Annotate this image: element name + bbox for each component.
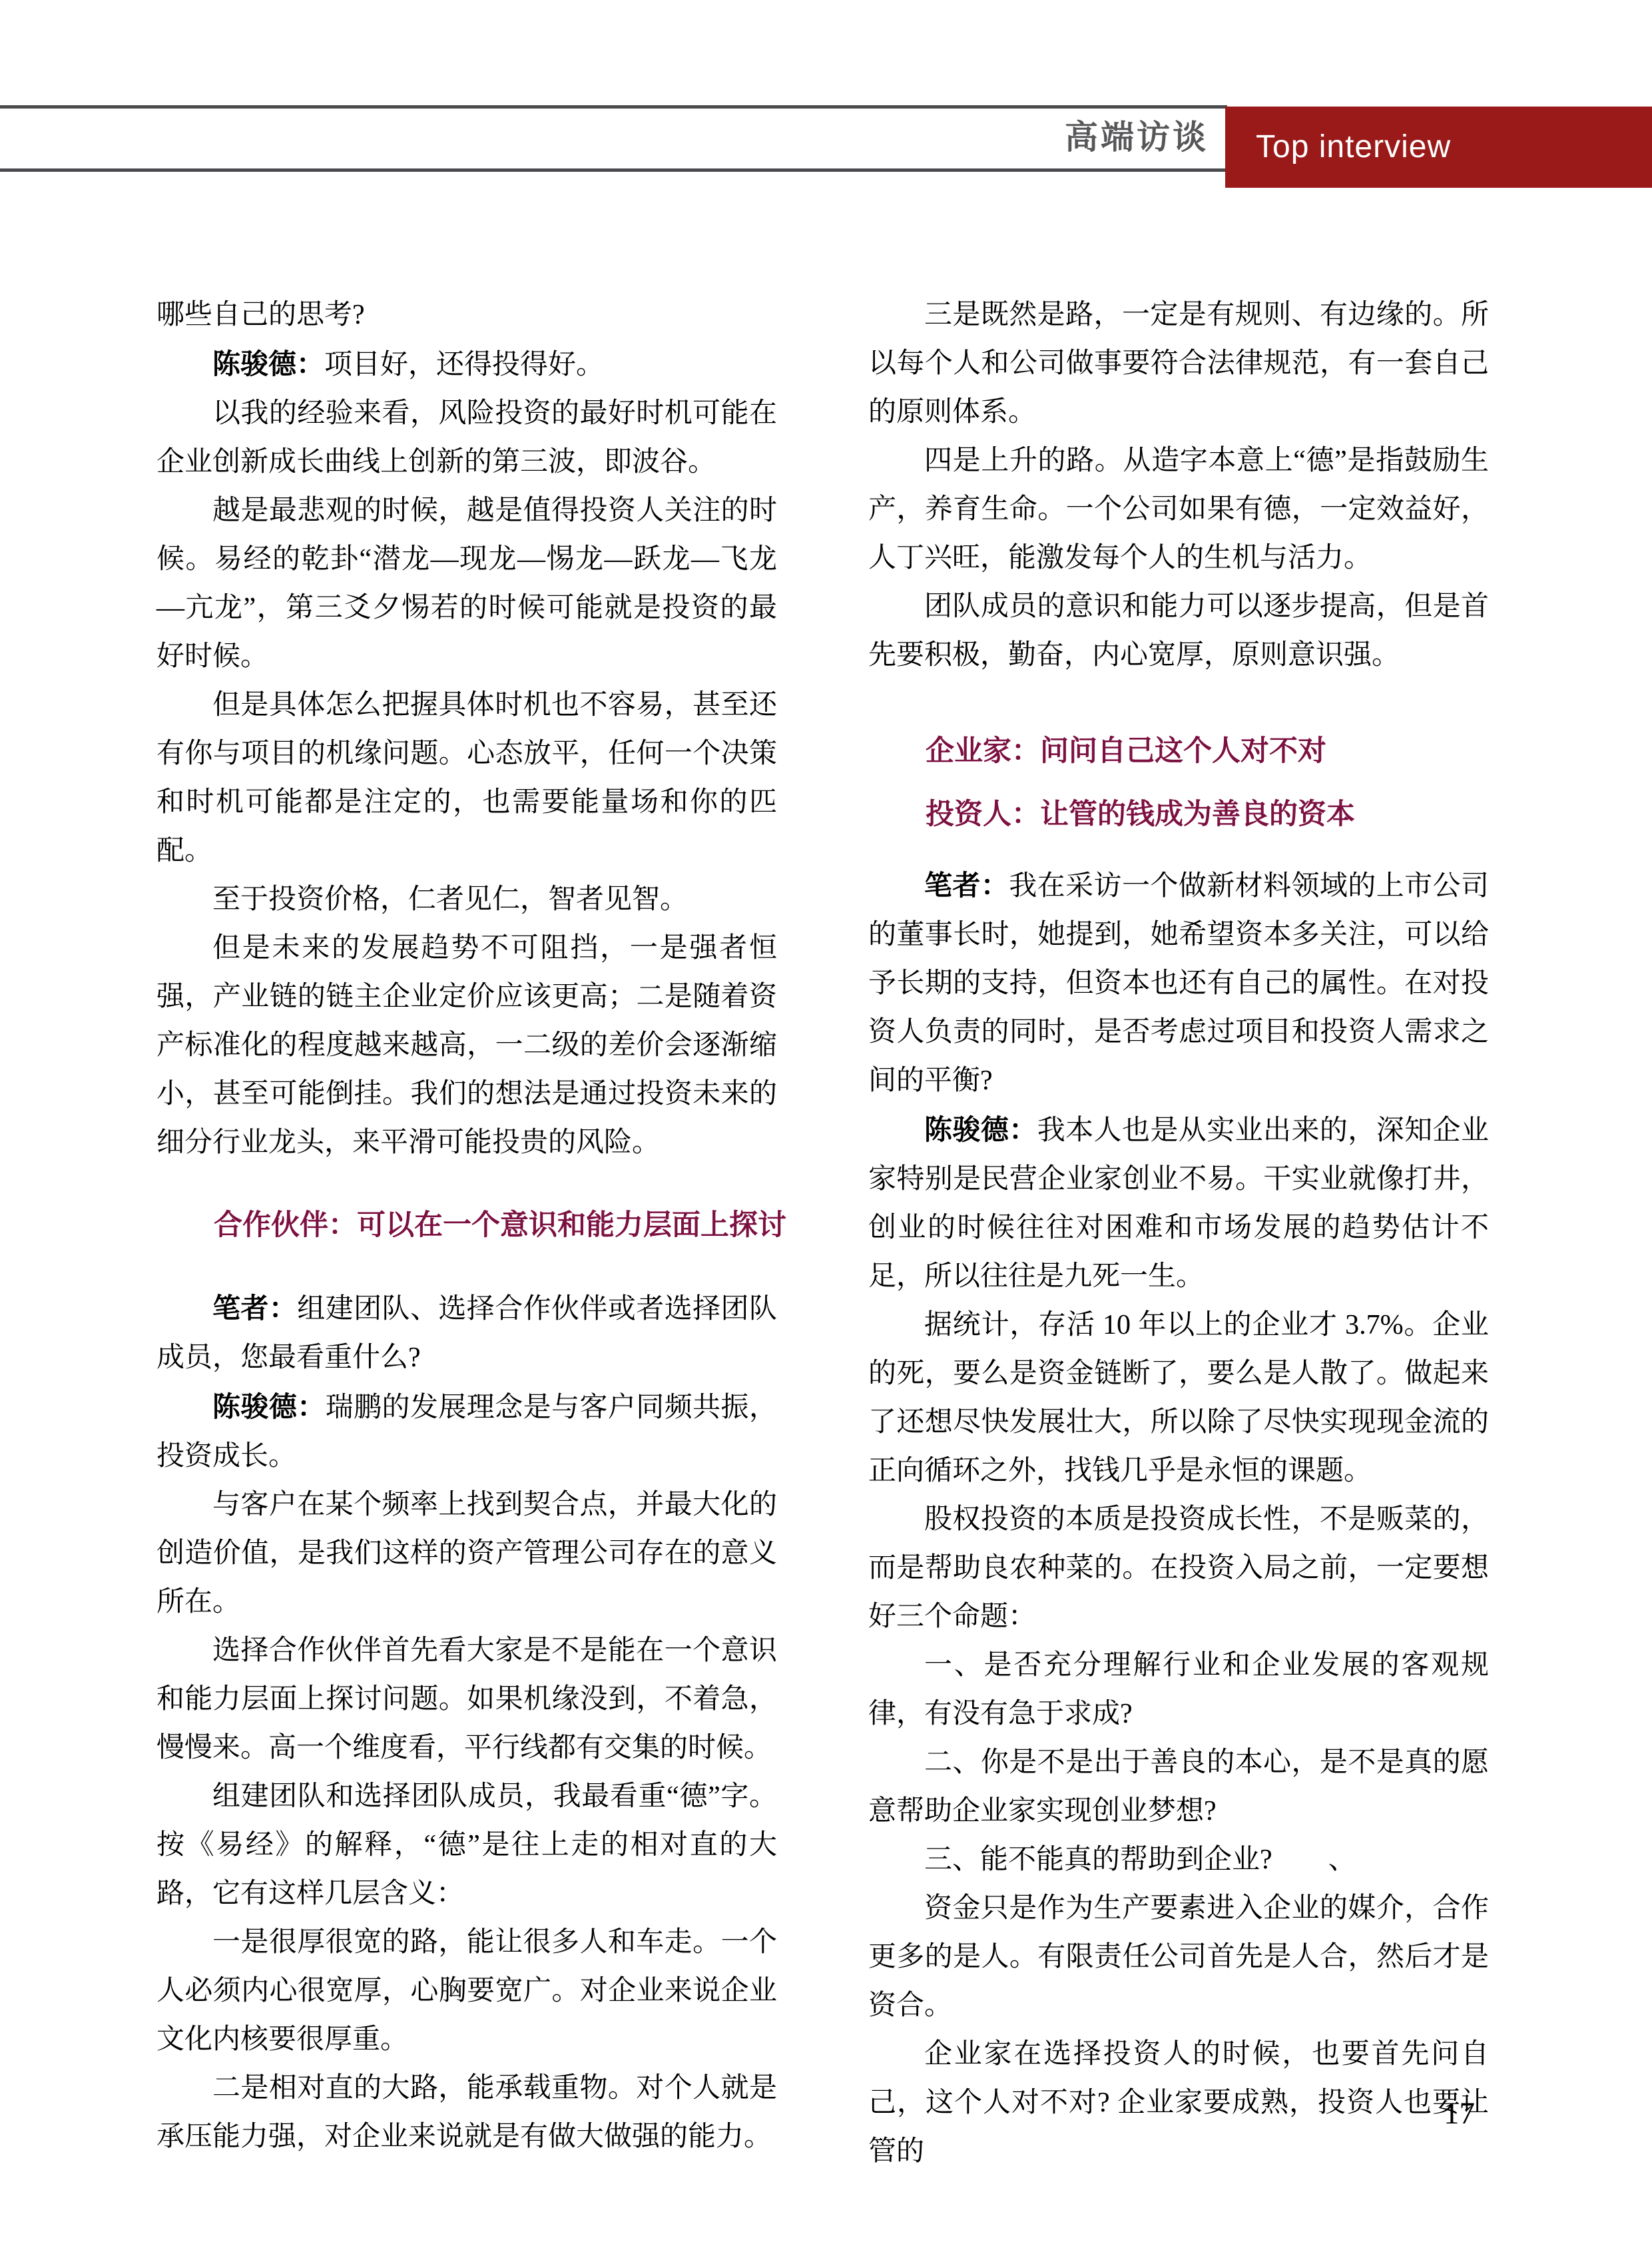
paragraph: 但是未来的发展趋势不可阻挡，一是强者恒强，产业链的链主企业定价应该更高；二是随着…	[156, 924, 777, 1167]
paragraph: 越是最悲观的时候，越是值得投资人关注的时候。易经的乾卦“潜龙—现龙—惕龙—跃龙—…	[156, 487, 777, 681]
paragraph: 一是很厚很宽的路，能让很多人和车走。一个人必须内心很宽厚，心胸要宽广。对企业来说…	[156, 1918, 777, 2064]
paragraph: 四是上升的路。从造字本意上“德”是指鼓励生产，养育生命。一个公司如果有德，一定效…	[868, 437, 1489, 583]
paragraph: 至于投资价格，仁者见仁，智者见智。	[156, 876, 777, 924]
paragraph: 笔者：组建团队、选择合作伙伴或者选择团队成员，您最看重什么?	[156, 1284, 777, 1382]
paragraph-text: 越是最悲观的时候，越是值得投资人关注的时候。易经的乾卦“潜龙—现龙—惕龙—跃龙—…	[156, 495, 777, 672]
section-heading-partners: 合作伙伴：可以在一个意识和能力层面上探讨	[156, 1201, 777, 1250]
paragraph-text: 据统计，存活 10 年以上的企业才 3.7%。企业的死，要么是资金链断了，要么是…	[868, 1310, 1489, 1486]
paragraph: 二、你是不是出于善良的本心，是不是真的愿意帮助企业家实现创业梦想?	[868, 1739, 1489, 1836]
speaker-label: 笔者：	[212, 1292, 297, 1324]
speaker-label: 陈骏德：	[212, 348, 324, 380]
paragraph: 三、能不能真的帮助到企业? 、	[868, 1836, 1489, 1884]
paragraph-text: 团队成员的意识和能力可以逐步提高，但是首先要积极，勤奋，内心宽厚，原则意识强。	[868, 591, 1489, 671]
speaker-label: 陈骏德：	[212, 1391, 326, 1422]
paragraph-text: 以我的经验来看，风险投资的最好时机可能在企业创新成长曲线上创新的第三波，即波谷。	[156, 398, 777, 477]
right-column: 三是既然是路，一定是有规则、有边缘的。所以每个人和公司做事要符合法律规范，有一套…	[868, 291, 1489, 2176]
paragraph: 选择合作伙伴首先看大家是不是能在一个意识和能力层面上探讨问题。如果机缘没到，不着…	[156, 1627, 777, 1773]
section-title-red-box: Top interview	[1225, 107, 1652, 188]
paragraph: 三是既然是路，一定是有规则、有边缘的。所以每个人和公司做事要符合法律规范，有一套…	[868, 291, 1489, 437]
section-heading-entrepreneur-investor: 企业家：问问自己这个人对不对 投资人：让管的钱成为善良的资本	[868, 720, 1489, 846]
paragraph: 陈骏德：我本人也是从实业出来的，深知企业家特别是民营企业家创业不易。干实业就像打…	[868, 1105, 1489, 1301]
paragraph-text: 一是很厚很宽的路，能让很多人和车走。一个人必须内心很宽厚，心胸要宽广。对企业来说…	[156, 1927, 777, 2055]
paragraph: 据统计，存活 10 年以上的企业才 3.7%。企业的死，要么是资金链断了，要么是…	[868, 1301, 1489, 1496]
paragraph: 但是具体怎么把握具体时机也不容易，甚至还有你与项目的机缘问题。心态放平，任何一个…	[156, 681, 777, 876]
paragraph-text: 组建团队和选择团队成员，我最看重“德”字。按《易经》的解释，“德”是往上走的相对…	[156, 1781, 777, 1909]
magazine-page: 高端访谈 Top interview 哪些自己的思考? 陈骏德：项目好，还得投得…	[0, 0, 1652, 2242]
speaker-label: 陈骏德：	[924, 1114, 1037, 1145]
paragraph: 笔者：我在采访一个做新材料领域的上市公司的董事长时，她提到，她希望资本多关注，可…	[868, 861, 1489, 1105]
paragraph: 组建团队和选择团队成员，我最看重“德”字。按《易经》的解释，“德”是往上走的相对…	[156, 1773, 777, 1918]
paragraph-text: 企业家在选择投资人的时候，也要首先问自己，这个人对不对? 企业家要成熟，投资人也…	[868, 2039, 1489, 2167]
paragraph-text: 与客户在某个频率上找到契合点，并最大化的创造价值，是我们这样的资产管理公司存在的…	[156, 1490, 777, 1617]
paragraph-text: 项目好，还得投得好。	[324, 350, 604, 380]
section-heading-line1: 企业家：问问自己这个人对不对	[868, 720, 1489, 783]
paragraph: 与客户在某个频率上找到契合点，并最大化的创造价值，是我们这样的资产管理公司存在的…	[156, 1481, 777, 1627]
paragraph-text: 但是未来的发展趋势不可阻挡，一是强者恒强，产业链的链主企业定价应该更高；二是随着…	[156, 933, 777, 1158]
paragraph: 陈骏德：瑞鹏的发展理念是与客户同频共振，投资成长。	[156, 1382, 777, 1481]
left-column: 哪些自己的思考? 陈骏德：项目好，还得投得好。 以我的经验来看，风险投资的最好时…	[156, 291, 777, 2161]
paragraph-text: 至于投资价格，仁者见仁，智者见智。	[212, 884, 688, 915]
paragraph-text: 股权投资的本质是投资成长性，不是贩菜的，而是帮助良农种菜的。在投资入局之前，一定…	[868, 1504, 1489, 1632]
paragraph-text: 资金只是作为生产要素进入企业的媒介，合作更多的是人。有限责任公司首先是人合，然后…	[868, 1893, 1489, 2021]
page-number: 17	[1444, 2095, 1475, 2132]
paragraph-text: 一、是否充分理解行业和企业发展的客观规律，有没有急于求成?	[868, 1650, 1489, 1729]
paragraph: 二是相对直的大路，能承载重物。对个人就是承压能力强，对企业来说就是有做大做强的能…	[156, 2064, 777, 2161]
paragraph: 一、是否充分理解行业和企业发展的客观规律，有没有急于求成?	[868, 1641, 1489, 1739]
paragraph-text: 但是具体怎么把握具体时机也不容易，甚至还有你与项目的机缘问题。心态放平，任何一个…	[156, 690, 777, 866]
paragraph: 团队成员的意识和能力可以逐步提高，但是首先要积极，勤奋，内心宽厚，原则意识强。	[868, 583, 1489, 680]
paragraph-text: 三、能不能真的帮助到企业? 、	[924, 1844, 1356, 1875]
paragraph-text: 哪些自己的思考?	[156, 300, 365, 330]
paragraph: 资金只是作为生产要素进入企业的媒介，合作更多的是人。有限责任公司首先是人合，然后…	[868, 1884, 1489, 2030]
paragraph: 企业家在选择投资人的时候，也要首先问自己，这个人对不对? 企业家要成熟，投资人也…	[868, 2030, 1489, 2176]
paragraph: 以我的经验来看，风险投资的最好时机可能在企业创新成长曲线上创新的第三波，即波谷。	[156, 390, 777, 487]
paragraph-text: 二是相对直的大路，能承载重物。对个人就是承压能力强，对企业来说就是有做大做强的能…	[156, 2073, 777, 2152]
section-title-chinese: 高端访谈	[1065, 117, 1209, 157]
header-rule-bottom	[0, 168, 1227, 172]
paragraph-text: 四是上升的路。从造字本意上“德”是指鼓励生产，养育生命。一个公司如果有德，一定效…	[868, 445, 1489, 573]
paragraph: 哪些自己的思考?	[156, 291, 777, 340]
paragraph-text: 选择合作伙伴首先看大家是不是能在一个意识和能力层面上探讨问题。如果机缘没到，不着…	[156, 1635, 777, 1763]
speaker-label: 笔者：	[924, 870, 1009, 901]
header-rule-top	[0, 105, 1227, 109]
section-heading-line2: 投资人：让管的钱成为善良的资本	[868, 783, 1489, 846]
paragraph: 股权投资的本质是投资成长性，不是贩菜的，而是帮助良农种菜的。在投资入局之前，一定…	[868, 1496, 1489, 1641]
paragraph-text: 二、你是不是出于善良的本心，是不是真的愿意帮助企业家实现创业梦想?	[868, 1747, 1489, 1826]
paragraph: 陈骏德：项目好，还得投得好。	[156, 340, 777, 390]
paragraph-text: 我在采访一个做新材料领域的上市公司的董事长时，她提到，她希望资本多关注，可以给予…	[868, 871, 1489, 1096]
section-title-english: Top interview	[1256, 129, 1451, 164]
paragraph-text: 三是既然是路，一定是有规则、有边缘的。所以每个人和公司做事要符合法律规范，有一套…	[868, 300, 1489, 427]
